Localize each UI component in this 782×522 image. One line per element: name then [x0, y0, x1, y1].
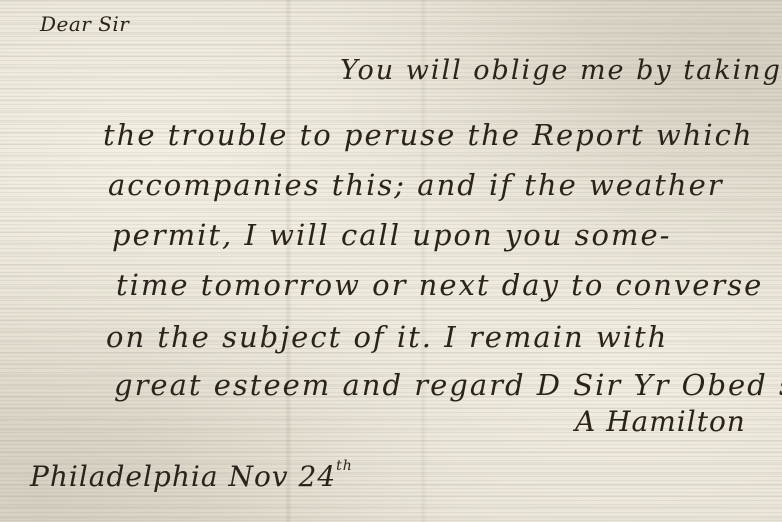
- letter-signature: A Hamilton: [575, 405, 746, 438]
- dateline-date: Nov 24: [228, 460, 336, 493]
- dateline-place: Philadelphia: [30, 460, 219, 493]
- letter-body-line-5: time tomorrow or next day to converse: [116, 268, 763, 302]
- letter-body-line-1: You will oblige me by taking: [340, 55, 782, 86]
- letter-salutation: Dear Sir: [40, 12, 129, 36]
- letter-dateline: Philadelphia Nov 24th: [30, 458, 353, 493]
- letter-body-line-6: on the subject of it. I remain with: [106, 320, 668, 354]
- letter-body-line-2: the trouble to peruse the Report which: [103, 118, 754, 152]
- letter-body-line-3: accompanies this; and if the weather: [108, 168, 724, 202]
- dateline-date-suffix: th: [336, 458, 353, 474]
- letter-body-line-7: great esteem and regard D Sir Yr Obed se…: [114, 368, 782, 402]
- handwritten-letter: Dear Sir You will oblige me by taking th…: [0, 0, 782, 522]
- letter-body-line-4: permit, I will call upon you some-: [112, 218, 671, 252]
